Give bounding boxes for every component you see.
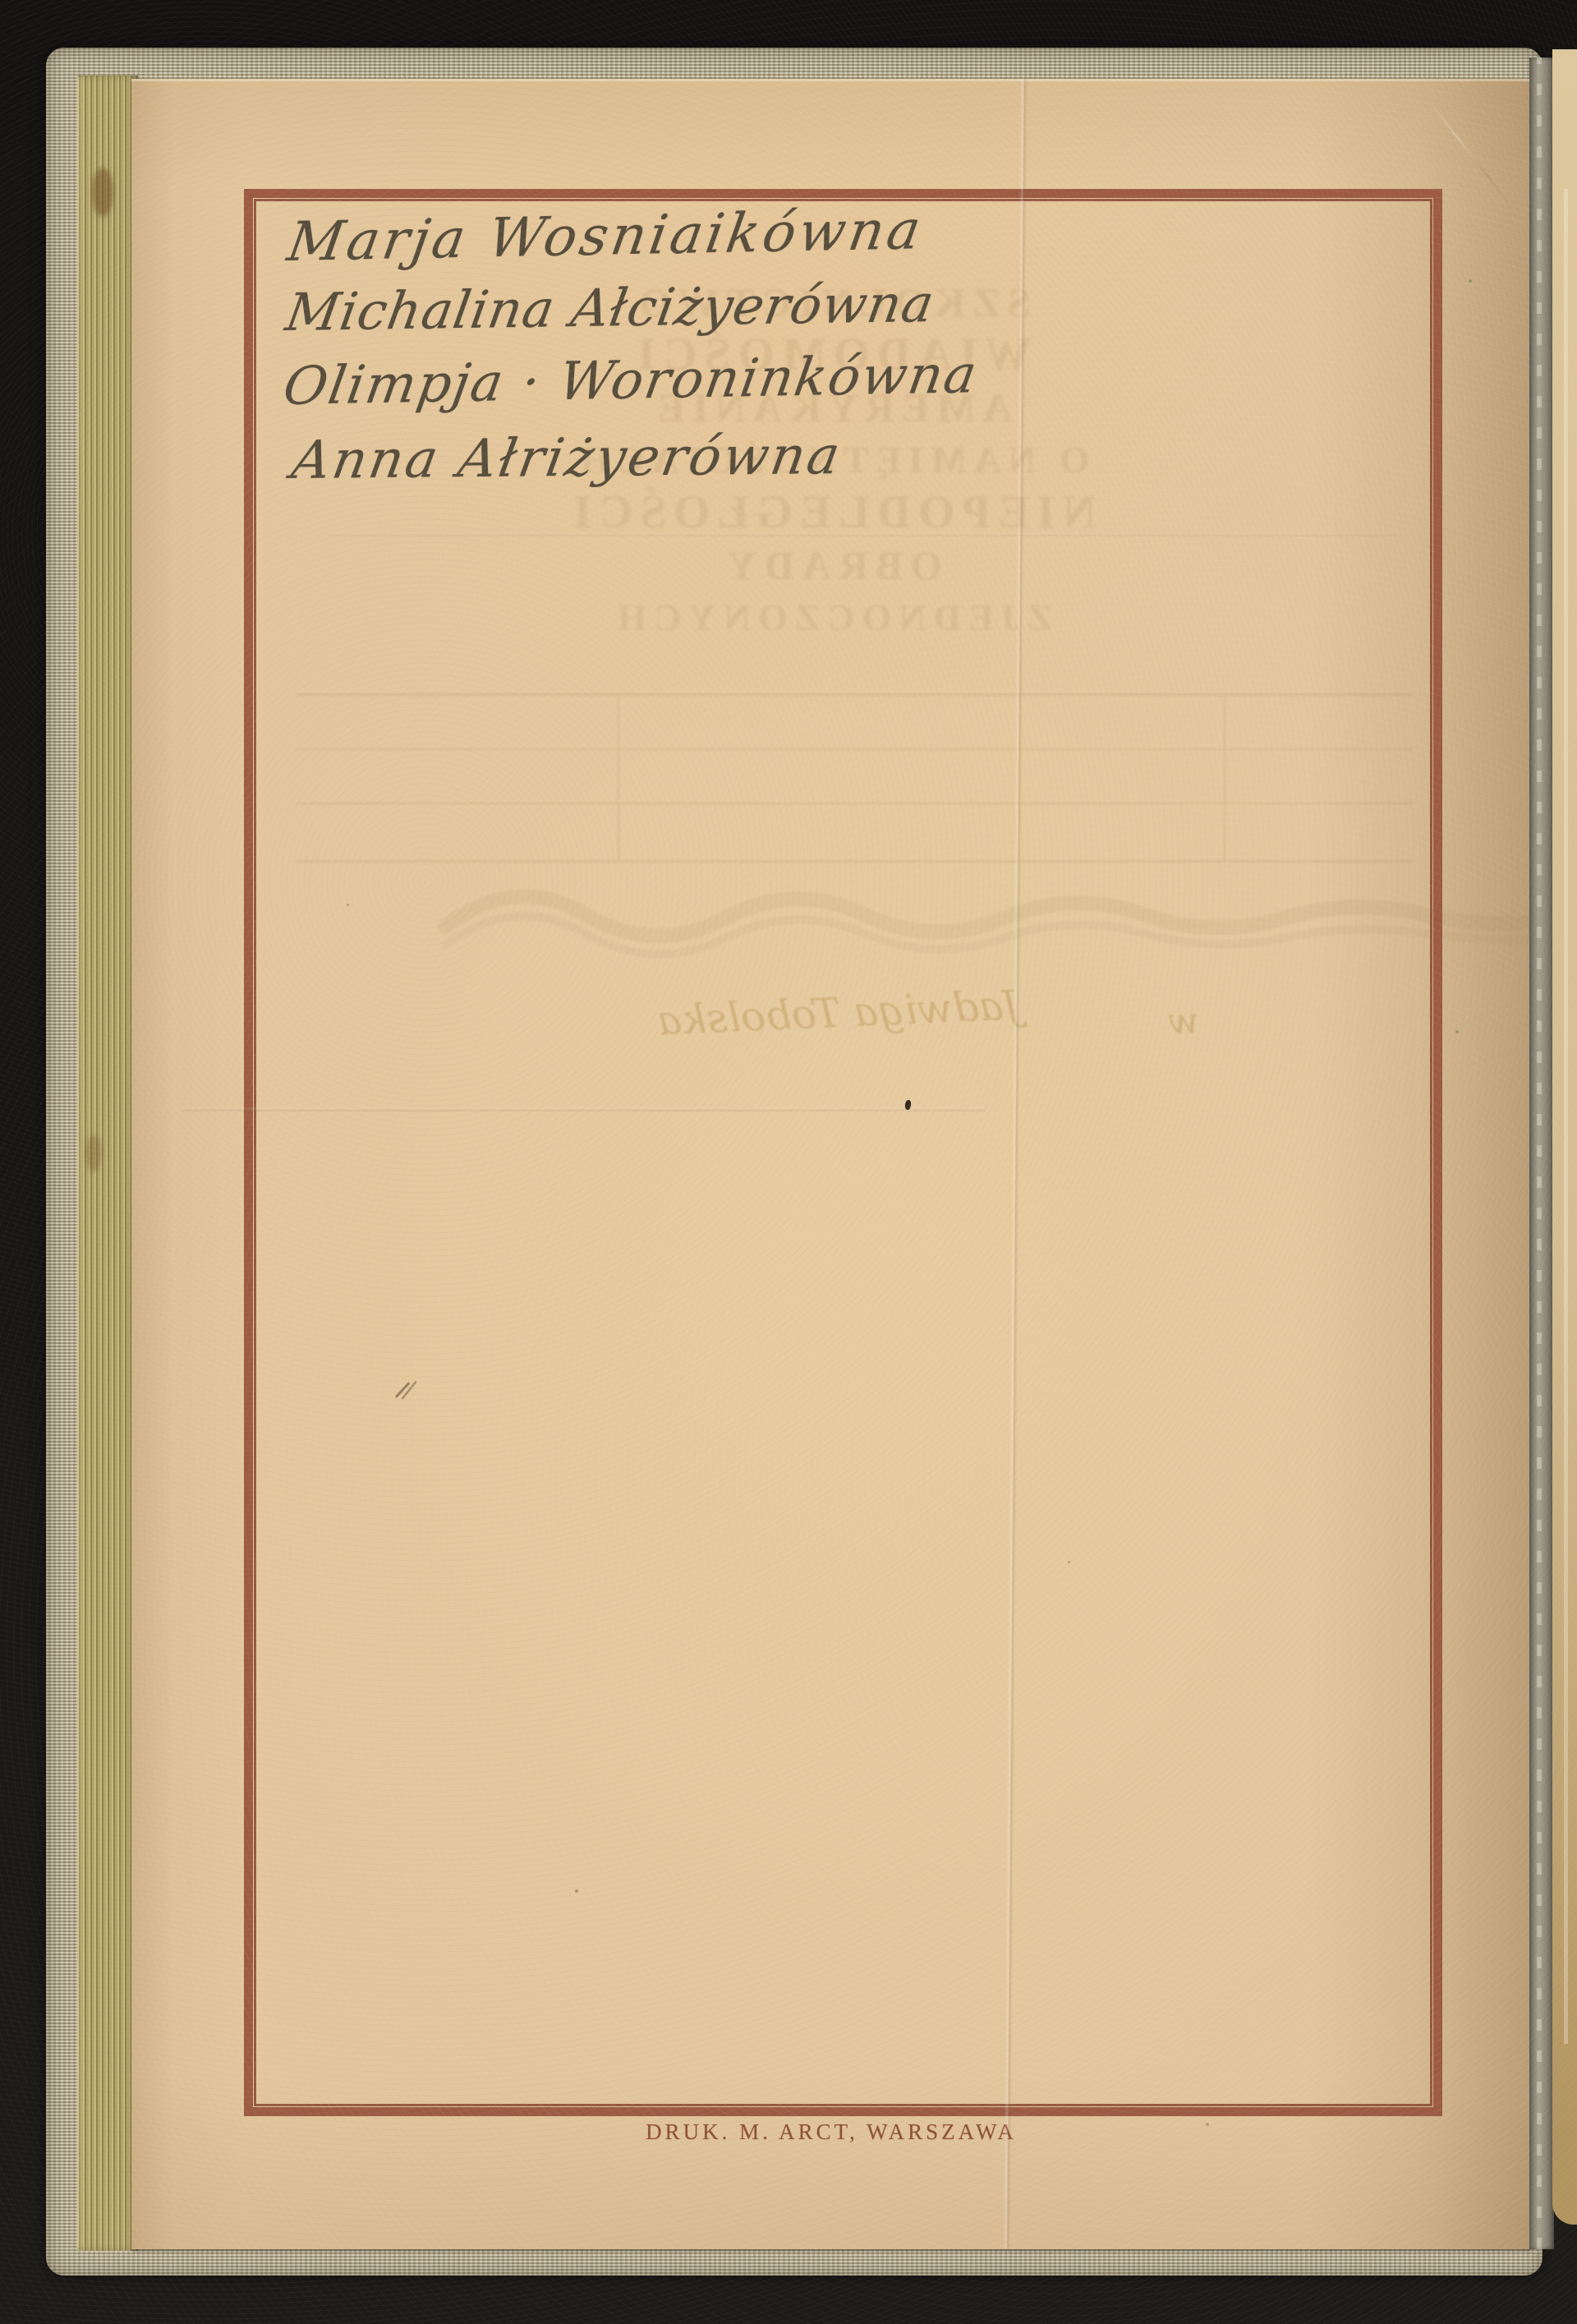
facing-page-sliver — [1552, 49, 1577, 2225]
page-stack-stain — [92, 168, 113, 217]
ink-tick-mark — [389, 1374, 431, 1406]
horizontal-crease — [329, 532, 1396, 536]
handwritten-name-1: Marja Wosniaikówna — [283, 198, 928, 274]
paper-speck-green — [1469, 279, 1472, 283]
paper-speck — [1068, 1561, 1070, 1563]
paper-speck — [347, 904, 349, 906]
paper-speck — [575, 1889, 578, 1893]
book-scan: SZKOLNICTWO WIADOMOŚCI AMERYKANIE O NAMI… — [0, 0, 1577, 2324]
page-stack-stain — [85, 1135, 102, 1171]
handwritten-name-3: Olimpja · Woroninkówna — [279, 344, 982, 417]
handwritten-name-2: Michalina Ałciżyerówna — [282, 274, 939, 343]
paper-speck — [1206, 2123, 1209, 2126]
handwritten-name-4: Anna Ałriżyerówna — [287, 426, 847, 491]
flyleaf-page: SZKOLNICTWO WIADOMOŚCI AMERYKANIE O NAMI… — [131, 79, 1531, 2249]
horizontal-crease — [181, 1107, 986, 1111]
page-top-edge-highlight — [131, 79, 1531, 81]
fore-edge-page-stack — [77, 76, 138, 2251]
paper-speck-green — [1455, 1030, 1459, 1033]
gutter-page-edge — [1529, 58, 1554, 2249]
printer-imprint: DRUK. M. ARCT, WARSZAWA — [131, 2119, 1531, 2145]
